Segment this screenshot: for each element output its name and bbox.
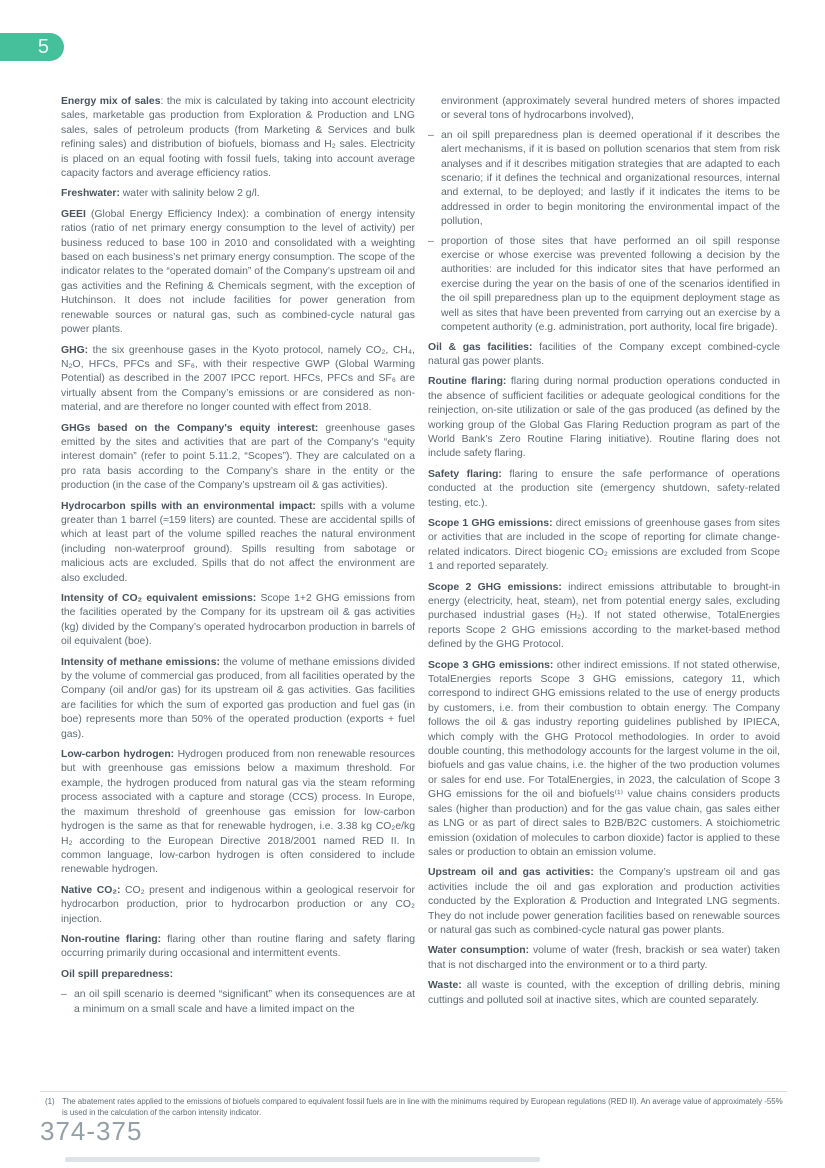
glossary-term: Scope 3 GHG emissions:: [428, 660, 553, 671]
glossary-term: Low-carbon hydrogen:: [61, 749, 174, 760]
bullet-dash-icon: –: [428, 235, 441, 336]
chapter-number: 5: [38, 37, 49, 57]
page-number: 374-375: [40, 1116, 142, 1147]
bullet-item: –proportion of those sites that have per…: [428, 235, 780, 336]
bullet-dash-icon: –: [61, 988, 74, 1017]
glossary-term: Hydrocarbon spills with an environmental…: [61, 501, 316, 512]
bullet-item: –an oil spill preparedness plan is deeme…: [428, 129, 780, 230]
glossary-definition: (Global Energy Efficiency Index): a comb…: [61, 209, 415, 335]
glossary-definition: all waste is counted, with the exception…: [428, 980, 780, 1005]
bullet-dash-icon: –: [428, 129, 441, 230]
bullet-item: –an oil spill scenario is deemed “signif…: [61, 988, 415, 1017]
glossary-term: Safety flaring:: [428, 469, 502, 480]
glossary-entry: GHGs based on the Company's equity inter…: [61, 422, 415, 494]
glossary-entry: Safety flaring: flaring to ensure the sa…: [428, 468, 780, 511]
glossary-term: Scope 2 GHG emissions:: [428, 582, 562, 593]
bullet-text: an oil spill preparedness plan is deemed…: [441, 129, 780, 230]
bullet-text: an oil spill scenario is deemed “signifi…: [74, 988, 415, 1017]
glossary-entry: Oil & gas facilities: facilities of the …: [428, 341, 780, 370]
bullet-text: proportion of those sites that have perf…: [441, 235, 780, 336]
glossary-definition: Hydrogen produced from non renewable res…: [61, 749, 415, 875]
glossary-entry: Scope 2 GHG emissions: indirect emission…: [428, 581, 780, 653]
bottom-bar: [65, 1157, 540, 1162]
footnote-marker: (1): [45, 1097, 62, 1118]
glossary-entry: Scope 1 GHG emissions: direct emissions …: [428, 517, 780, 575]
glossary-entry: Low-carbon hydrogen: Hydrogen produced f…: [61, 748, 415, 878]
glossary-entry: Water consumption: volume of water (fres…: [428, 944, 780, 973]
glossary-entry: Non-routine flaring: flaring other than …: [61, 933, 415, 962]
glossary-entry: Freshwater: water with salinity below 2 …: [61, 187, 415, 201]
glossary-definition: the six greenhouse gases in the Kyoto pr…: [61, 345, 415, 414]
glossary-term: Freshwater:: [61, 188, 120, 199]
glossary-term: GHGs based on the Company's equity inter…: [61, 423, 318, 434]
glossary-entry: GHG: the six greenhouse gases in the Kyo…: [61, 344, 415, 416]
glossary-left-column: Energy mix of sales: the mix is calculat…: [61, 95, 415, 1022]
glossary-entry: Oil spill preparedness:: [61, 968, 415, 982]
glossary-definition: water with salinity below 2 g/l.: [120, 188, 260, 199]
glossary-term: Waste:: [428, 980, 462, 991]
glossary-entry: GEEI (Global Energy Efficiency Index): a…: [61, 208, 415, 338]
glossary-definition: the volume of methane emissions divided …: [61, 657, 415, 740]
glossary-term: Routine flaring:: [428, 376, 506, 387]
glossary-definition: : the mix is calculated by taking into a…: [61, 96, 415, 179]
glossary-term: Energy mix of sales: [61, 96, 160, 107]
glossary-entry: Hydrocarbon spills with an environmental…: [61, 500, 415, 586]
glossary-definition: spills with a volume greater than 1 barr…: [61, 501, 415, 584]
document-page: 5 Energy mix of sales: the mix is calcul…: [0, 0, 825, 1168]
bullet-text: environment (approximately several hundr…: [441, 95, 780, 124]
glossary-term: Non-routine flaring:: [61, 934, 161, 945]
glossary-entry: Waste: all waste is counted, with the ex…: [428, 979, 780, 1008]
glossary-term: Scope 1 GHG emissions:: [428, 518, 553, 529]
glossary-term: Upstream oil and gas activities:: [428, 867, 594, 878]
glossary-term: Water consumption:: [428, 945, 529, 956]
glossary-entry: Upstream oil and gas activities: the Com…: [428, 866, 780, 938]
footnote-text: The abatement rates applied to the emiss…: [62, 1097, 787, 1118]
chapter-tab: 5: [0, 33, 64, 61]
glossary-right-column: –environment (approximately several hund…: [428, 95, 780, 1014]
glossary-definition: other indirect emissions. If not stated …: [428, 660, 780, 858]
footnote-divider: [40, 1091, 787, 1092]
glossary-term: Intensity of methane emissions:: [61, 657, 220, 668]
glossary-term: GHG:: [61, 345, 88, 356]
glossary-term: GEEI: [61, 209, 86, 220]
glossary-term: Native CO₂:: [61, 885, 120, 896]
footnote: (1) The abatement rates applied to the e…: [45, 1097, 787, 1118]
glossary-term: Intensity of CO₂ equivalent emissions:: [61, 593, 256, 604]
glossary-entry: Intensity of CO₂ equivalent emissions: S…: [61, 592, 415, 650]
glossary-term: Oil spill preparedness:: [61, 969, 173, 980]
glossary-entry: Energy mix of sales: the mix is calculat…: [61, 95, 415, 181]
glossary-entry: Scope 3 GHG emissions: other indirect em…: [428, 659, 780, 861]
glossary-term: Oil & gas facilities:: [428, 342, 532, 353]
bullet-continuation: –environment (approximately several hund…: [428, 95, 780, 124]
glossary-entry: Native CO₂: CO₂ present and indigenous w…: [61, 884, 415, 927]
glossary-entry: Intensity of methane emissions: the volu…: [61, 656, 415, 742]
glossary-entry: Routine flaring: flaring during normal p…: [428, 375, 780, 461]
glossary-definition: flaring during normal production operati…: [428, 376, 780, 459]
